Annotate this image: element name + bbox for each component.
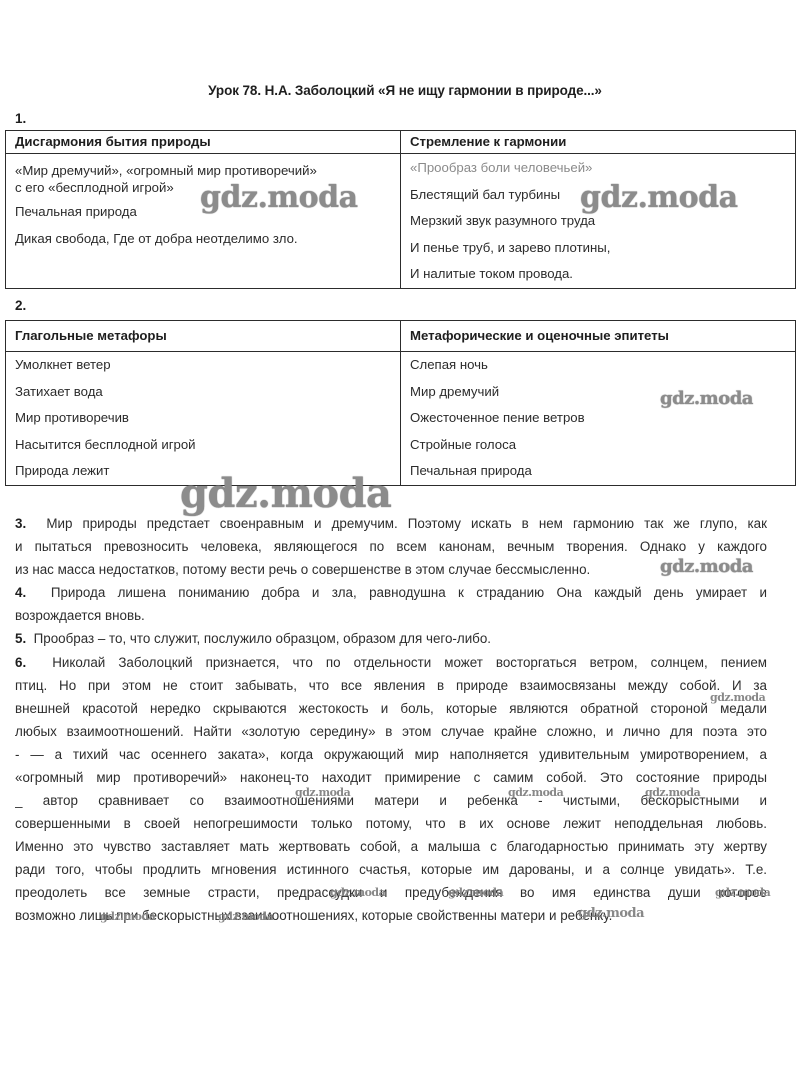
answer-5: 5. Прообраз – то, что служит, послужило … [15,627,767,650]
answer-line: 3. Мир природы предстает своенравным и д… [15,512,767,535]
task-1-table: Дисгармония бытия природы Стремление к г… [5,130,796,289]
answer-text: Природа лишена пониманию добра и зла, ра… [51,585,767,600]
list-item: Печальная природа [410,458,795,485]
answer-number: 6. [15,655,26,670]
epithets-cell: Слепая ночь Мир дремучий Ожесточенное пе… [401,352,796,486]
disharmony-cell: «Мир дремучий», «огромный мир противореч… [6,154,401,289]
list-item: Стройные голоса [410,432,795,459]
list-item: Мир дремучий [410,379,795,406]
list-item: И налитые током провода. [410,261,795,288]
header-harmony: Стремление к гармонии [401,131,796,154]
answer-3: 3. Мир природы предстает своенравным и д… [15,512,767,581]
header-verbal-metaphors: Глагольные метафоры [6,321,401,352]
list-item: И пенье труб, и зарево плотины, [410,235,795,262]
table-header-row: Глагольные метафоры Метафорические и оце… [6,321,796,352]
list-item: Мир противоречив [15,405,400,432]
answer-line: 6. Николай Заболоцкий признается, что по… [15,651,767,674]
answer-line: и пытаться превозносить человека, являющ… [15,535,767,558]
verbal-metaphors-cell: Умолкнет ветер Затихает вода Мир противо… [6,352,401,486]
document-page: Урок 78. Н.А. Заболоцкий «Я не ищу гармо… [0,0,810,1084]
task-1-number: 1. [15,111,26,126]
header-epithets: Метафорические и оценочные эпитеты [401,321,796,352]
answer-6: 6. Николай Заболоцкий признается, что по… [15,651,767,927]
list-item: Слепая ночь [410,352,795,379]
list-item: с его «бесплодной игрой» [15,179,400,199]
answer-line: из нас масса недостатков, потому вести р… [15,558,767,581]
list-item: Мерзкий звук разумного труда [410,208,795,235]
answer-line: возрождается вновь. [15,604,767,627]
answer-number: 5. [15,631,26,646]
answer-number: 4. [15,585,26,600]
answer-number: 3. [15,516,26,531]
table-header-row: Дисгармония бытия природы Стремление к г… [6,131,796,154]
list-item: Печальная природа [15,199,400,226]
answer-line: Именно это чувство заставляет мать жертв… [15,835,767,858]
list-item: Умолкнет ветер [15,352,400,379]
list-item: Природа лежит [15,458,400,485]
list-item: «Мир дремучий», «огромный мир противореч… [15,162,400,179]
answer-line: совершенными в своей непогрешимости толь… [15,812,767,835]
list-item: Дикая свобода, Где от добра неотделимо з… [15,226,400,253]
list-item: Ожесточенное пение ветров [410,405,795,432]
table-row: «Мир дремучий», «огромный мир противореч… [6,154,796,289]
list-item: Блестящий бал турбины [410,182,795,209]
answer-line: любых взаимоотношений. Найти «золотую се… [15,720,767,743]
page-title: Урок 78. Н.А. Заболоцкий «Я не ищу гармо… [0,83,810,98]
answer-text: Николай Заболоцкий признается, что по от… [52,655,767,670]
list-item: Насытится бесплодной игрой [15,432,400,459]
list-item: Затихает вода [15,379,400,406]
answer-text: Прообраз – то, что служит, послужило обр… [34,631,491,646]
answer-line: возможно лишь при бескорыстных взаимоотн… [15,904,767,927]
header-disharmony: Дисгармония бытия природы [6,131,401,154]
answer-line: преодолеть все земные страсти, предрассу… [15,881,767,904]
harmony-cell: «Прообраз боли человечьей» Блестящий бал… [401,154,796,289]
answer-line: ради того, чтобы продлить мгновения исти… [15,858,767,881]
answer-text: Мир природы предстает своенравным и дрем… [46,516,767,531]
task-2-number: 2. [15,298,26,313]
answer-line: внешней красотой нередко скрываются жест… [15,697,767,720]
answer-line: «огромный мир противоречий» наконец-то н… [15,766,767,789]
table-row: Умолкнет ветер Затихает вода Мир противо… [6,352,796,486]
answer-line: _ автор сравнивает со взаимоотношениями … [15,789,767,812]
answer-line: - — а тихий час осеннего заката», когда … [15,743,767,766]
answer-line: 5. Прообраз – то, что служит, послужило … [15,627,767,650]
answer-4: 4. Природа лишена пониманию добра и зла,… [15,581,767,627]
answer-line: 4. Природа лишена пониманию добра и зла,… [15,581,767,604]
answer-line: птиц. Но при этом не стоит забывать, что… [15,674,767,697]
list-item: «Прообраз боли человечьей» [410,155,795,182]
task-2-table: Глагольные метафоры Метафорические и оце… [5,320,796,486]
